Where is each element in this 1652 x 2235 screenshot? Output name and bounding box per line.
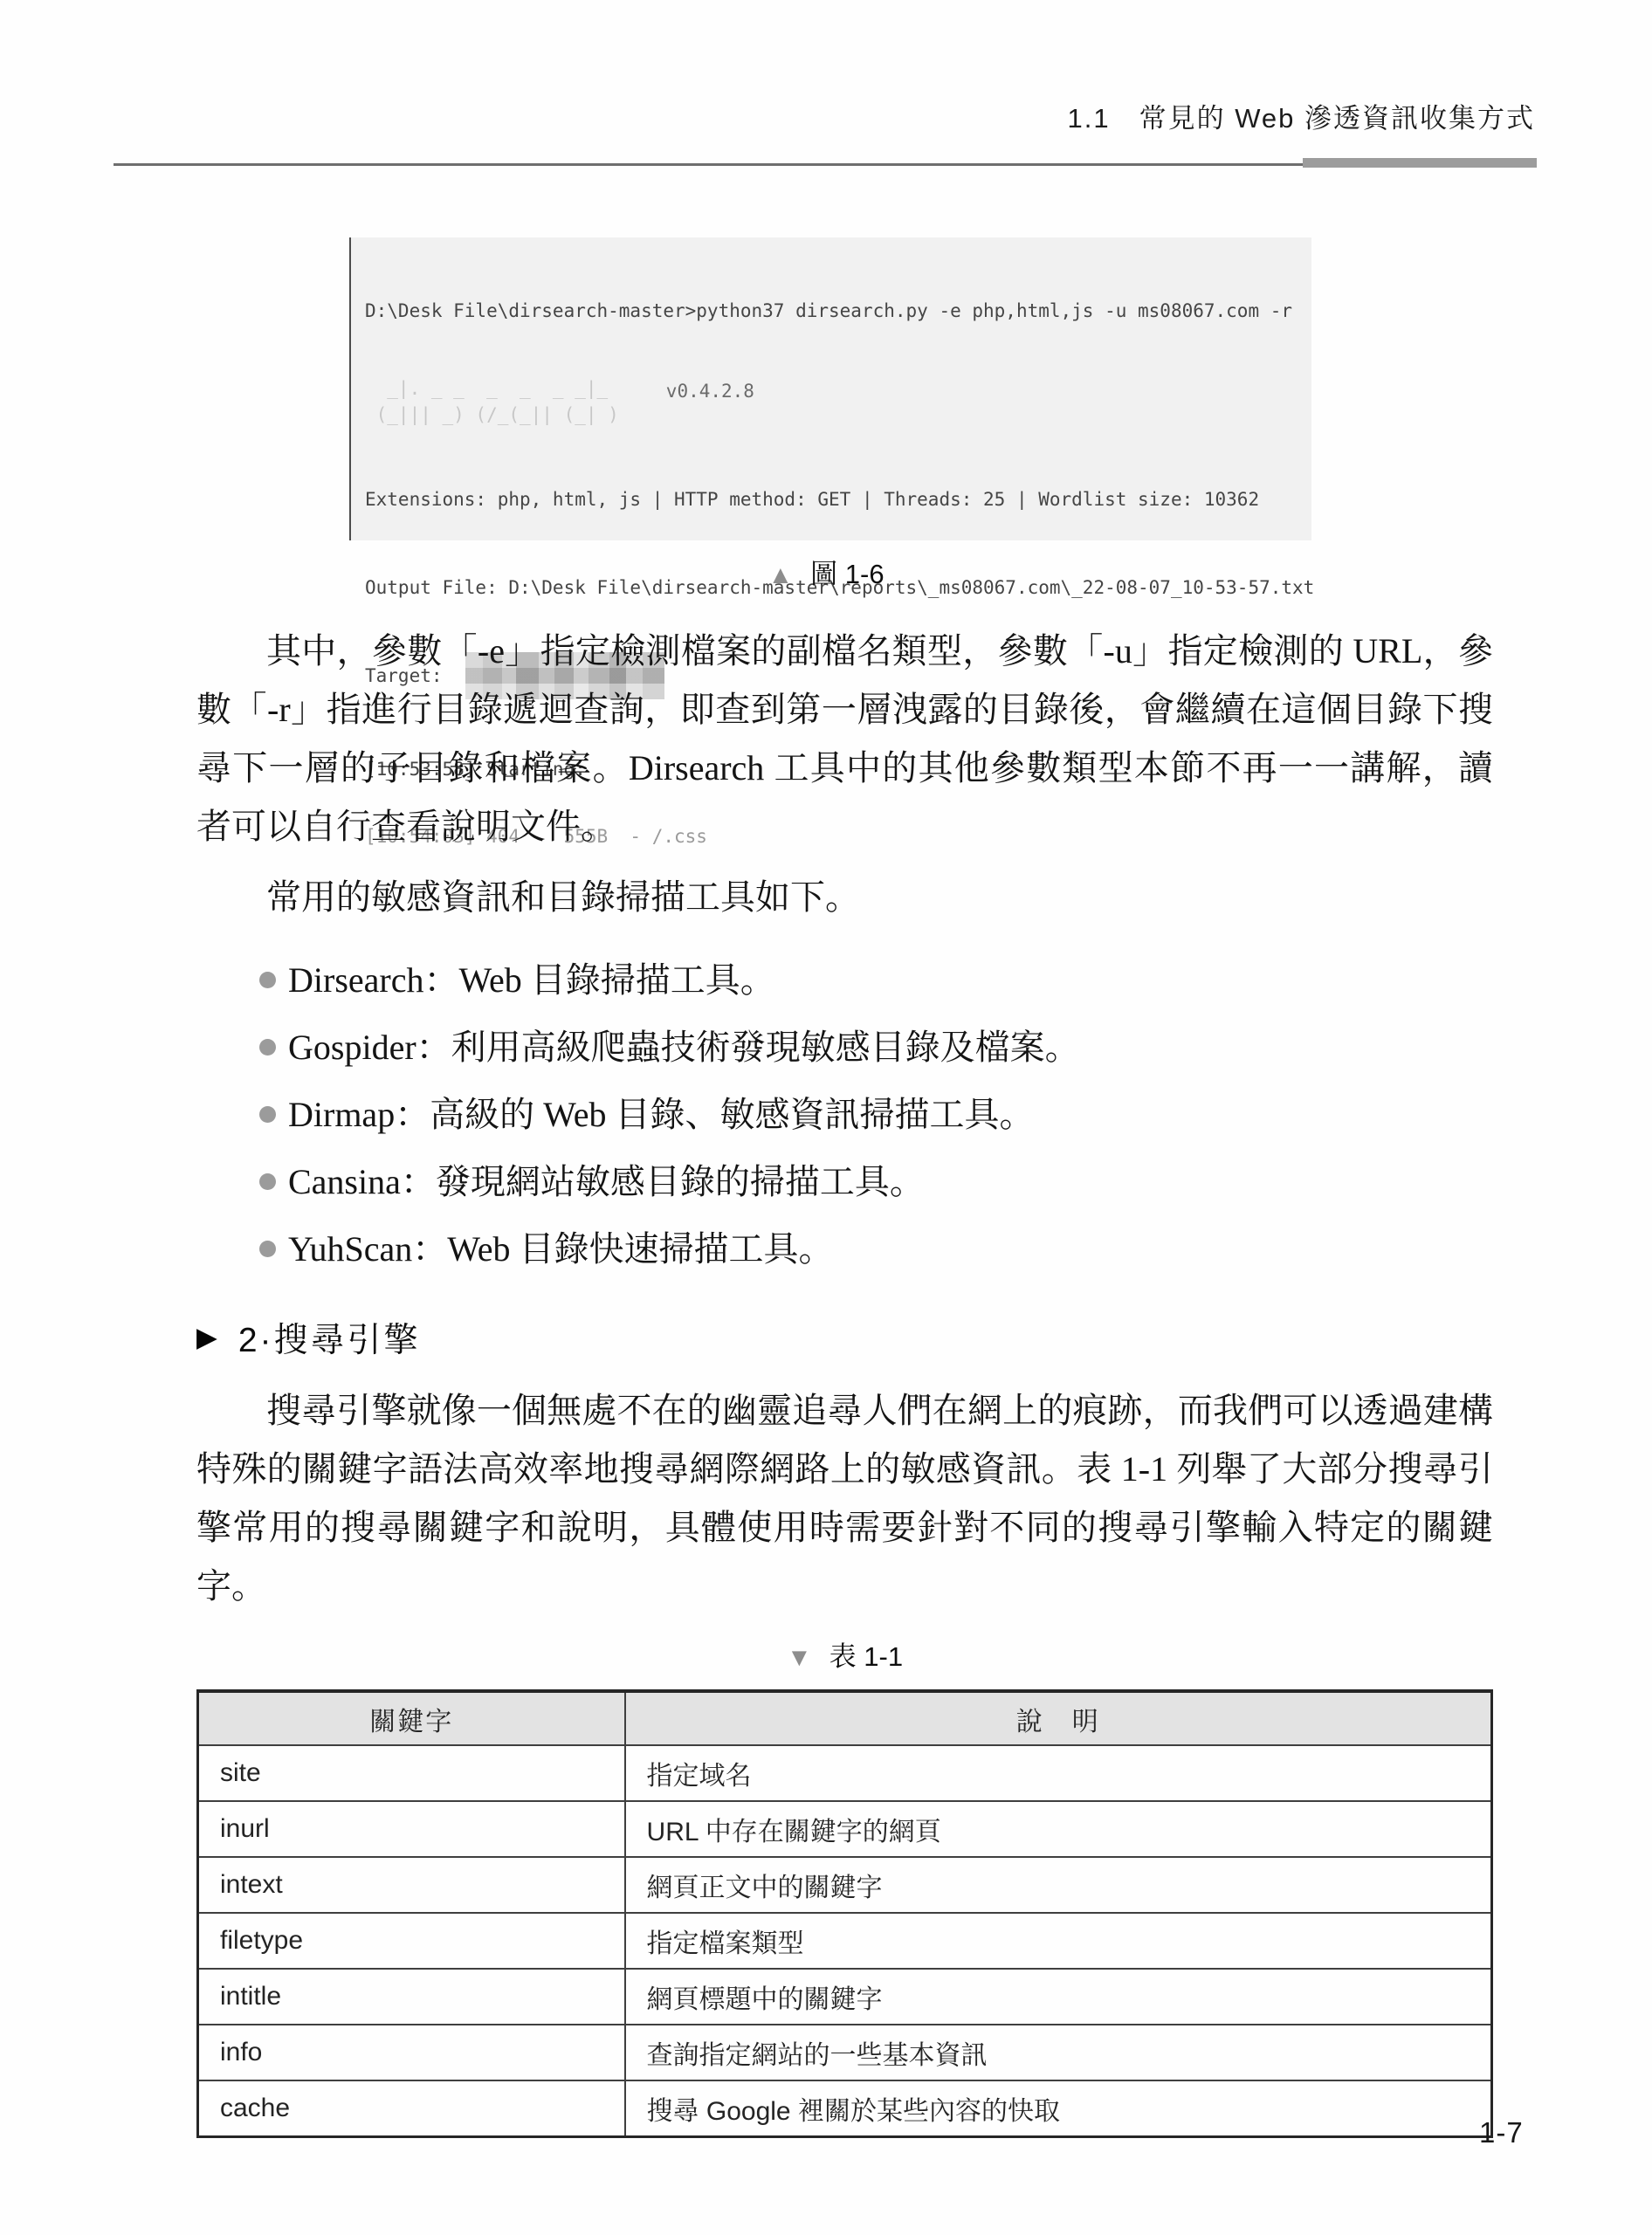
description-cell: 網頁標題中的關鍵字 — [625, 1969, 1492, 2025]
up-triangle-icon: ▲ — [767, 561, 793, 589]
table-body: site 指定域名 inurl URL 中存在關鍵字的網頁 intext 網頁正… — [198, 1745, 1492, 2136]
table-row: cache 搜尋 Google 裡關於某些內容的快取 — [198, 2080, 1492, 2136]
section-heading-search-engines: ▶ 2·搜尋引擎 — [196, 1313, 1493, 1362]
description-cell: 搜尋 Google 裡關於某些內容的快取 — [625, 2080, 1492, 2136]
terminal-command-line: D:\Desk File\dirsearch-master>python37 d… — [365, 300, 1303, 321]
figure-caption: ▲圖 1-6 — [0, 552, 1652, 591]
table-caption-label: 表 1-1 — [829, 1641, 903, 1672]
bullet-icon — [259, 1241, 276, 1257]
description-cell: 指定域名 — [625, 1745, 1492, 1801]
description-cell: 指定檔案類型 — [625, 1913, 1492, 1969]
list-item-text: Dirmap：高級的 Web 目錄、敏感資訊掃描工具。 — [288, 1095, 1035, 1134]
book-page: 1.1 常見的 Web 滲透資訊收集方式 D:\Desk File\dirsea… — [0, 0, 1652, 2235]
bullet-icon — [259, 972, 276, 988]
table-row: info 查詢指定網站的一些基本資訊 — [198, 2025, 1492, 2080]
paragraph-search-engine: 搜尋引擎就像一個無處不在的幽靈追尋人們在網上的痕跡，而我們可以透過建構特殊的關鍵… — [196, 1381, 1493, 1615]
keyword-cell: intitle — [198, 1969, 625, 2025]
list-item-text: YuhScan：Web 目錄快速掃描工具。 — [288, 1229, 834, 1269]
paragraph-parameters: 其中，參數「-e」指定檢測檔案的副檔名類型，參數「-u」指定檢測的 URL，參數… — [196, 622, 1493, 856]
table-header: 關鍵字 說 明 — [198, 1691, 1492, 1745]
play-triangle-icon: ▶ — [196, 1322, 217, 1353]
keyword-cell: info — [198, 2025, 625, 2080]
keyword-cell: site — [198, 1745, 625, 1801]
paragraph-tools-intro: 常用的敏感資訊和目錄掃描工具如下。 — [196, 868, 1493, 926]
description-cell: URL 中存在關鍵字的網頁 — [625, 1801, 1492, 1857]
table-row: intitle 網頁標題中的關鍵字 — [198, 1969, 1492, 2025]
terminal-screenshot: D:\Desk File\dirsearch-master>python37 d… — [349, 237, 1311, 540]
bullet-icon — [259, 1106, 276, 1123]
list-item-text: Gospider：利用高級爬蟲技術發現敏感目錄及檔案。 — [288, 1028, 1080, 1067]
logo-line-2: (_||| _) (/_(_|| (_| ) — [365, 404, 619, 425]
header-rule-accent — [1303, 158, 1537, 168]
running-head: 1.1 常見的 Web 滲透資訊收集方式 — [114, 96, 1535, 135]
description-cell: 網頁正文中的關鍵字 — [625, 1857, 1492, 1913]
description-cell: 查詢指定網站的一些基本資訊 — [625, 2025, 1492, 2080]
list-item: Dirsearch：Web 目錄掃描工具。 — [196, 951, 1493, 1009]
keyword-cell: intext — [198, 1857, 625, 1913]
terminal-logo-row: _|. _ _ _ _ _ _|_ (_||| _) (/_(_|| (_| )… — [365, 375, 1303, 428]
section-heading-label: 2·搜尋引擎 — [238, 1313, 421, 1362]
table-row: inurl URL 中存在關鍵字的網頁 — [198, 1801, 1492, 1857]
list-item: Gospider：利用高級爬蟲技術發現敏感目錄及檔案。 — [196, 1018, 1493, 1076]
table-row: site 指定域名 — [198, 1745, 1492, 1801]
list-item: Dirmap：高級的 Web 目錄、敏感資訊掃描工具。 — [196, 1085, 1493, 1144]
page-number: 1-7 — [1479, 2116, 1524, 2149]
dirsearch-ascii-logo: _|. _ _ _ _ _ _|_ (_||| _) (/_(_|| (_| ) — [365, 375, 619, 428]
keyword-cell: inurl — [198, 1801, 625, 1857]
list-item: YuhScan：Web 目錄快速掃描工具。 — [196, 1220, 1493, 1278]
keyword-cell: filetype — [198, 1913, 625, 1969]
table-caption: ▼表 1-1 — [196, 1634, 1493, 1674]
bullet-icon — [259, 1173, 276, 1190]
logo-line-1: _|. _ _ _ _ _ _|_ — [365, 378, 608, 399]
down-triangle-icon: ▼ — [787, 1644, 812, 1672]
table-header-row: 關鍵字 說 明 — [198, 1691, 1492, 1745]
figure-caption-label: 圖 1-6 — [810, 559, 884, 589]
list-item: Cansina：發現網站敏感目錄的掃描工具。 — [196, 1152, 1493, 1211]
tools-bullet-list: Dirsearch：Web 目錄掃描工具。 Gospider：利用高級爬蟲技術發… — [196, 951, 1493, 1278]
terminal-version: v0.4.2.8 — [666, 381, 754, 402]
body-text: 其中，參數「-e」指定檢測檔案的副檔名類型，參數「-u」指定檢測的 URL，參數… — [196, 622, 1493, 2138]
table-row: filetype 指定檔案類型 — [198, 1913, 1492, 1969]
column-header-description: 說 明 — [625, 1691, 1492, 1745]
table-row: intext 網頁正文中的關鍵字 — [198, 1857, 1492, 1913]
keyword-table: 關鍵字 說 明 site 指定域名 inurl URL 中存在關鍵字的網頁 in… — [196, 1689, 1493, 2138]
column-header-keyword: 關鍵字 — [198, 1691, 625, 1745]
terminal-extensions-line: Extensions: php, html, js | HTTP method:… — [365, 489, 1303, 510]
bullet-icon — [259, 1039, 276, 1056]
keyword-cell: cache — [198, 2080, 625, 2136]
list-item-text: Cansina：發現網站敏感目錄的掃描工具。 — [288, 1162, 925, 1201]
list-item-text: Dirsearch：Web 目錄掃描工具。 — [288, 960, 775, 1000]
